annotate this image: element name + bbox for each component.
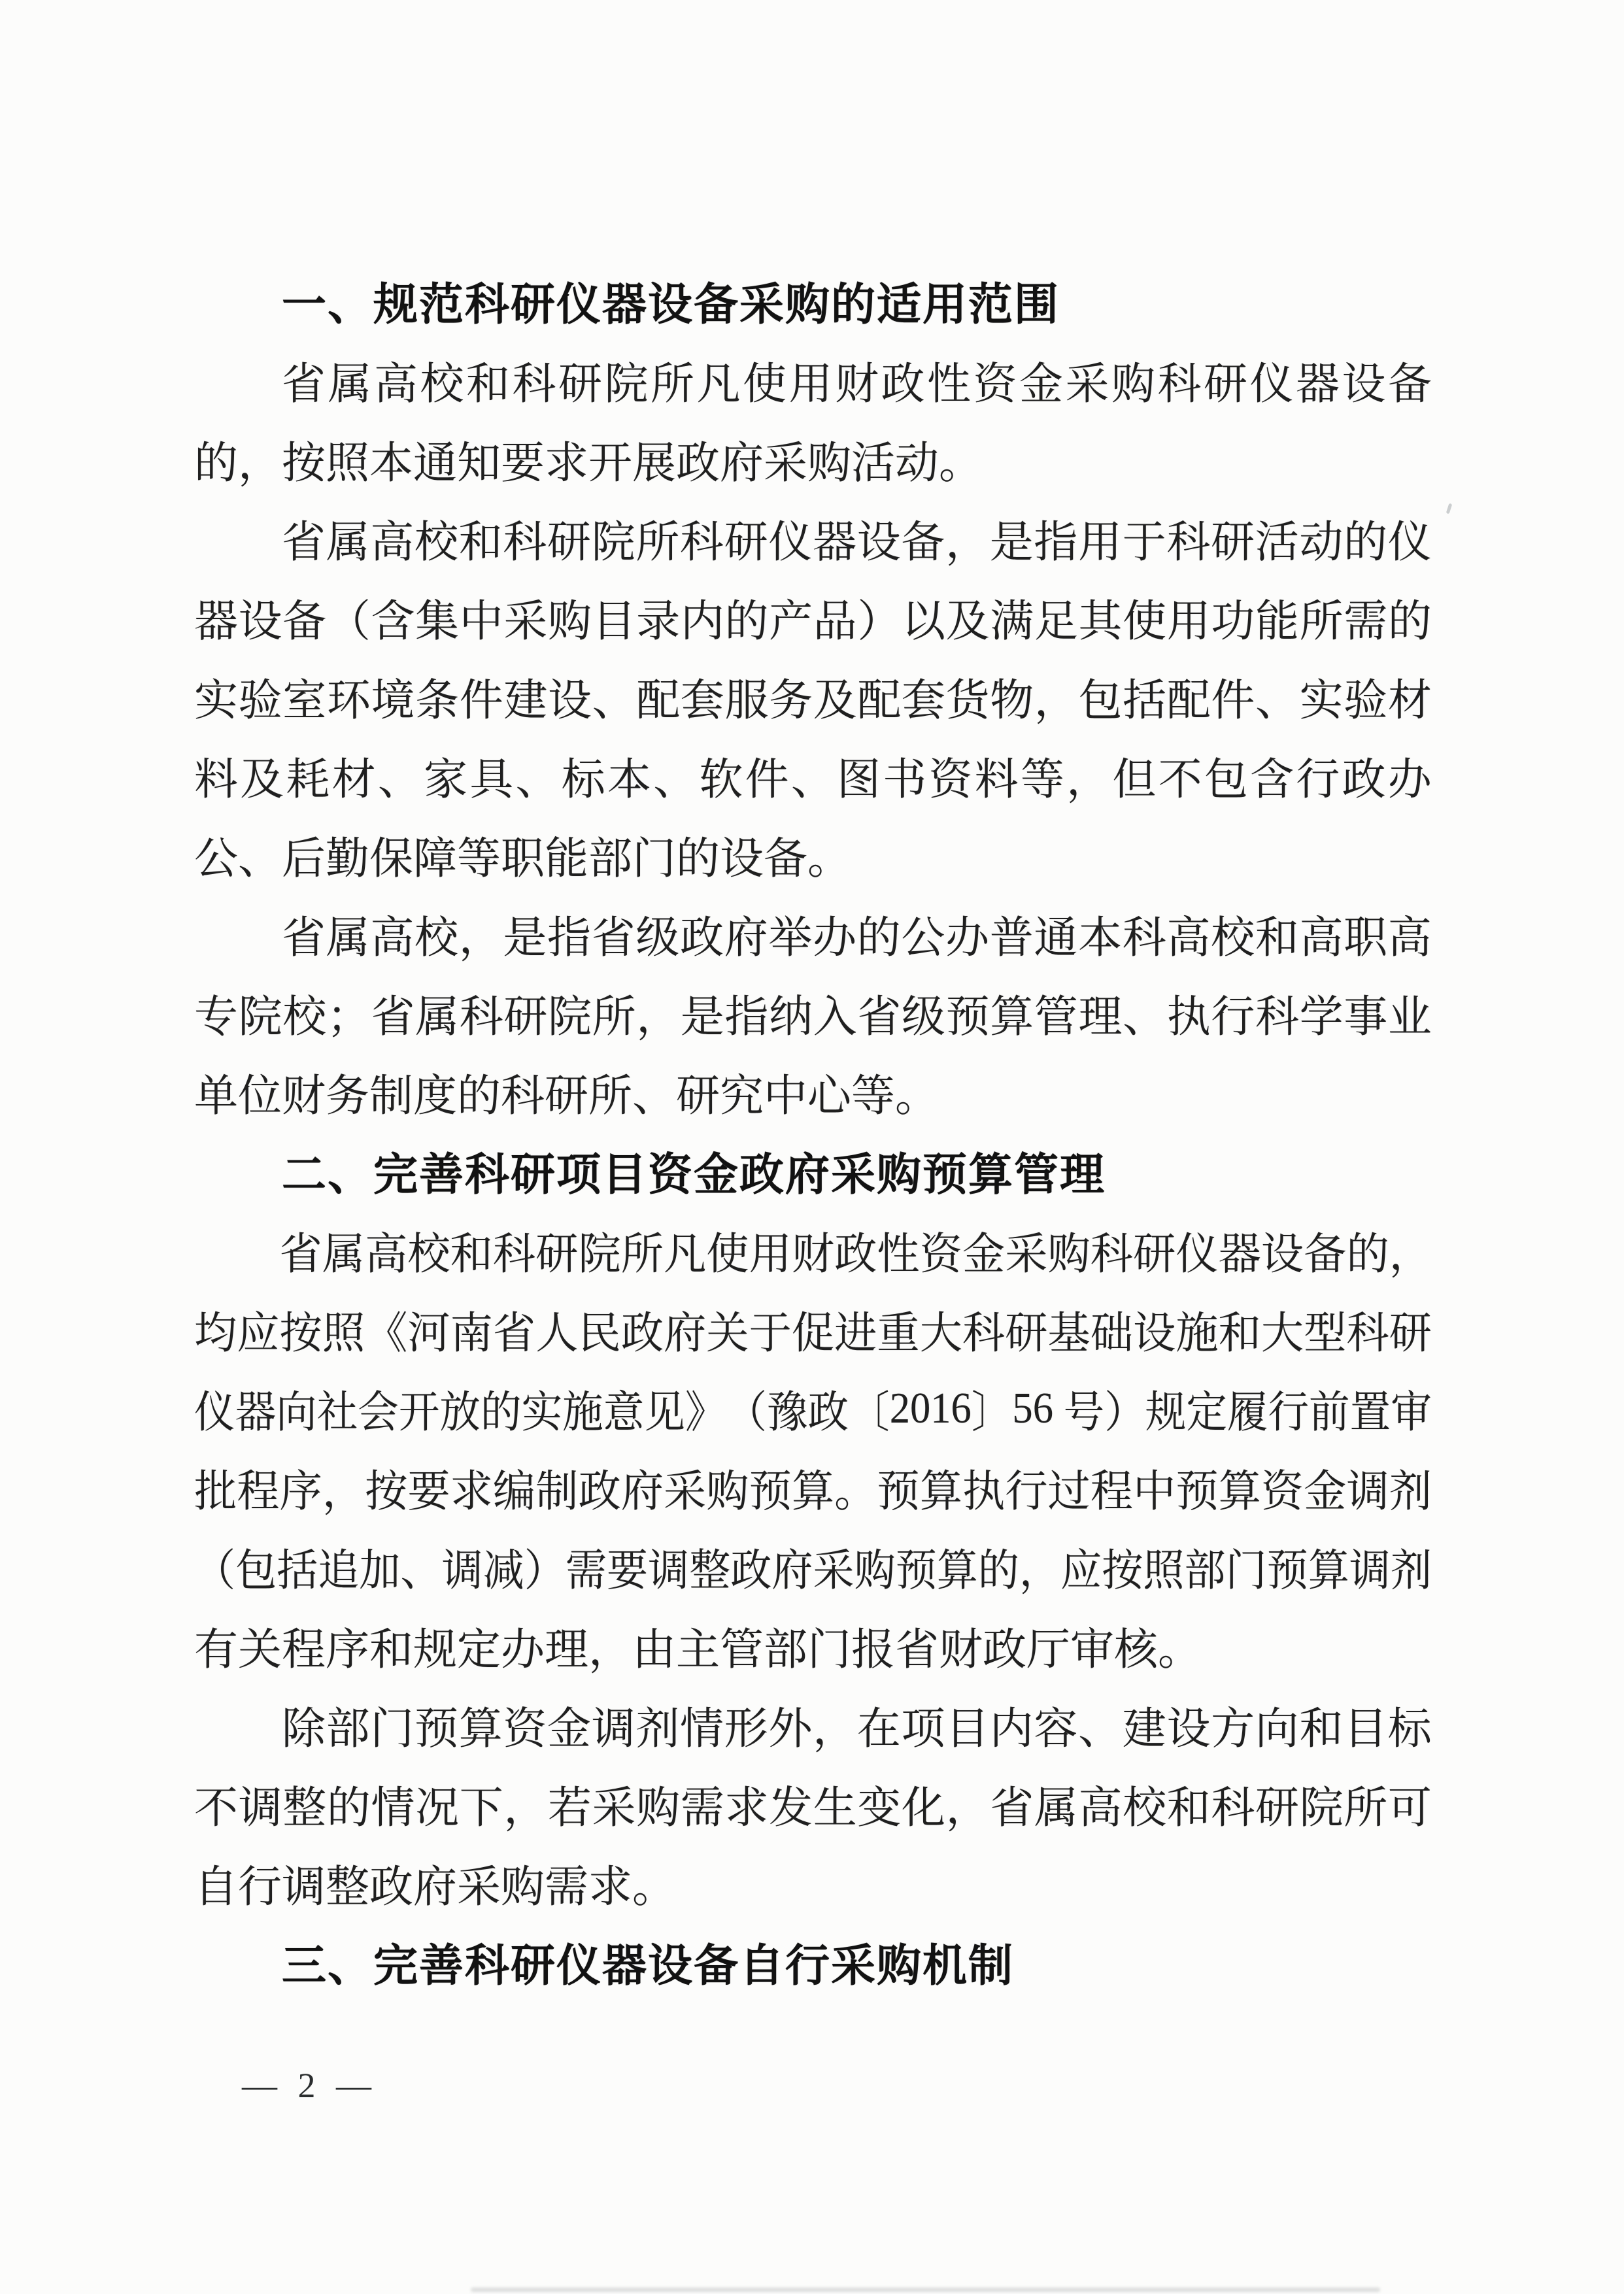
text-line: 自行调整政府采购需求。 — [194, 1844, 1432, 1923]
text-line: 单位财务制度的科研所、研究中心等。 — [194, 1053, 1432, 1132]
text-line: 省属高校，是指省级政府举办的公办普通本科高校和高职高 — [194, 894, 1432, 973]
text-line: 公、后勤保障等职能部门的设备。 — [194, 815, 1432, 894]
document-page: 一、规范科研仪器设备采购的适用范围省属高校和科研院所凡使用财政性资金采购科研仪器… — [0, 0, 1624, 2294]
text-line: 均应按照《河南省人民政府关于促进重大科研基础设施和大型科研 — [194, 1290, 1400, 1369]
text-line: 器设备（含集中采购目录内的产品）以及满足其使用功能所需的 — [194, 578, 1432, 657]
text-line: 的，按照本通知要求开展政府采购活动。 — [194, 420, 1432, 499]
section-heading: 三、完善科研仪器设备自行采购机制 — [194, 1923, 1432, 2002]
scan-artifact-smudge — [471, 2287, 1380, 2292]
text-line: 实验室环境条件建设、配套服务及配套货物，包括配件、实验材 — [194, 657, 1432, 736]
text-line: 批程序，按要求编制政府采购预算。预算执行过程中预算资金调剂 — [194, 1448, 1400, 1527]
text-line: 仪器向社会开放的实施意见》（豫政〔2016〕56 号）规定履行前置审 — [194, 1369, 1350, 1448]
text-line: 不调整的情况下，若采购需求发生变化，省属高校和科研院所可 — [194, 1764, 1432, 1844]
text-line: 省属高校和科研院所科研仪器设备，是指用于科研活动的仪 — [194, 499, 1432, 578]
text-line: 料及耗材、家具、标本、软件、图书资料等，但不包含行政办 — [194, 736, 1432, 815]
section-heading: 二、完善科研项目资金政府采购预算管理 — [194, 1132, 1432, 1211]
text-line: 除部门预算资金调剂情形外，在项目内容、建设方向和目标 — [194, 1685, 1432, 1764]
page-number: — 2 — — [242, 2063, 377, 2108]
text-line: 省属高校和科研院所凡使用财政性资金采购科研仪器设备的， — [194, 1211, 1400, 1290]
scan-artifact-dot — [1446, 503, 1453, 514]
text-line: 有关程序和规定办理，由主管部门报省财政厅审核。 — [194, 1606, 1432, 1685]
text-line: 专院校；省属科研院所，是指纳入省级预算管理、执行科学事业 — [194, 973, 1432, 1053]
text-line: 省属高校和科研院所凡使用财政性资金采购科研仪器设备 — [194, 341, 1432, 420]
section-heading: 一、规范科研仪器设备采购的适用范围 — [194, 261, 1432, 341]
text-line: （包括追加、调减）需要调整政府采购预算的，应按照部门预算调剂 — [194, 1527, 1360, 1606]
document-content: 一、规范科研仪器设备采购的适用范围省属高校和科研院所凡使用财政性资金采购科研仪器… — [194, 261, 1432, 2002]
